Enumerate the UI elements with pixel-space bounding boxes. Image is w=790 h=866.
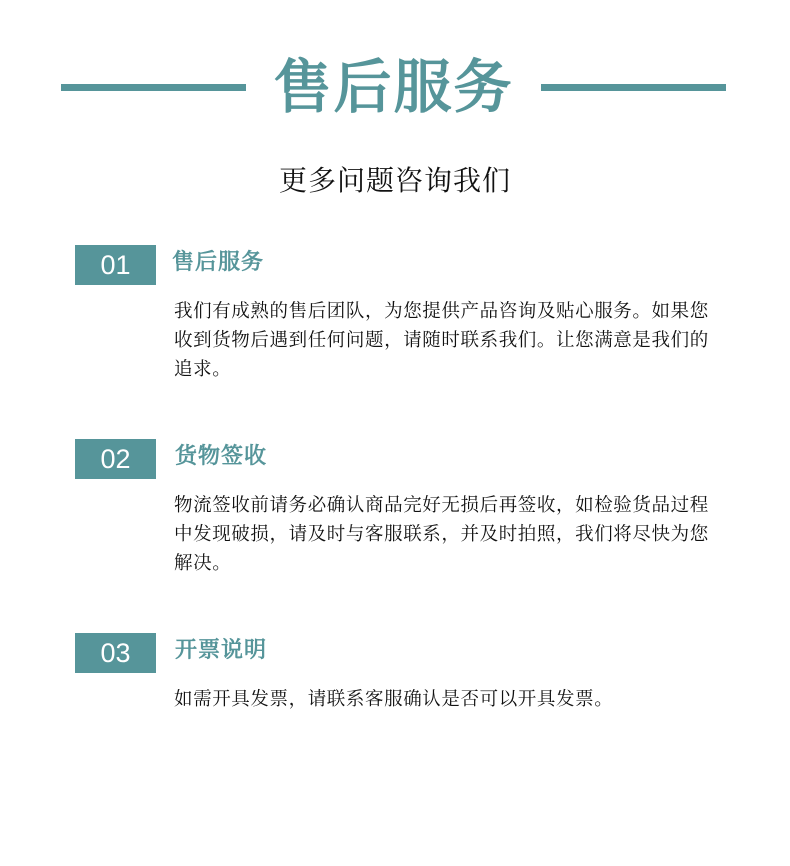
section-title: 货物签收	[175, 439, 267, 475]
section-number-badge: 03	[75, 633, 156, 673]
section-title: 开票说明	[175, 633, 267, 669]
page-subtitle: 更多问题咨询我们	[0, 161, 790, 201]
section-title: 售后服务	[172, 245, 264, 281]
section-body: 物流签收前请务必确认商品完好无损后再签收，如检验货品过程中发现破损，请及时与客服…	[174, 491, 719, 578]
section-number-badge: 01	[75, 245, 156, 285]
header-divider-right	[541, 84, 726, 91]
section-number-badge: 02	[75, 439, 156, 479]
section-body: 如需开具发票，请联系客服确认是否可以开具发票。	[174, 685, 719, 714]
section-body: 我们有成熟的售后团队，为您提供产品咨询及贴心服务。如果您收到货物后遇到任何问题，…	[174, 297, 719, 384]
page-title: 售后服务	[246, 52, 541, 122]
header-divider-left	[61, 84, 246, 91]
